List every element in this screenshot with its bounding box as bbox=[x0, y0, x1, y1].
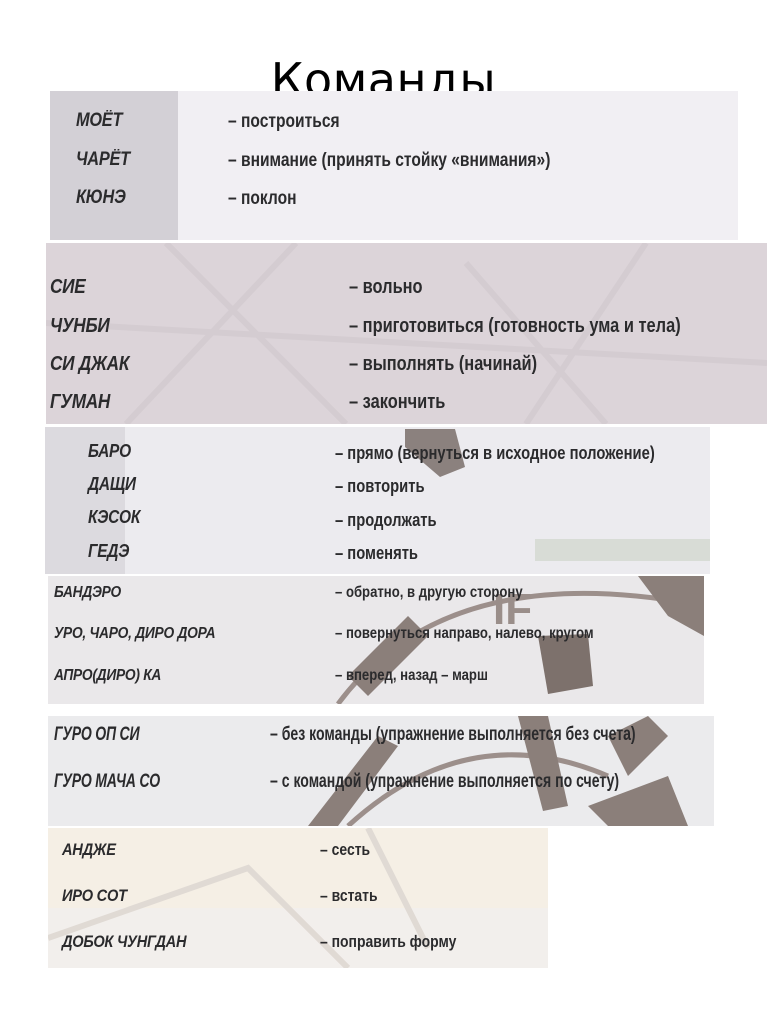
command-definition: – встать bbox=[320, 886, 378, 906]
command-term: КЭСОК bbox=[88, 507, 140, 528]
command-term: ДОБОК ЧУНГДАН bbox=[62, 932, 186, 952]
commands-panel-misc: АНДЖЕ – сесть ИРО СОТ – встать ДОБОК ЧУН… bbox=[48, 828, 548, 968]
command-definition: – обратно, в другую сторону bbox=[335, 584, 523, 602]
commands-panel-start: СИЕ – вольно ЧУНБИ – приготовиться (гото… bbox=[46, 243, 767, 424]
command-definition: – прямо (вернуться в исходное положение) bbox=[335, 443, 655, 464]
command-definition: – приготовиться (готовность ума и тела) bbox=[349, 315, 681, 338]
command-term: ГУРО ОП СИ bbox=[54, 724, 139, 746]
command-definition: – поклон bbox=[228, 188, 297, 210]
command-definition: – с командой (упражнение выполняется по … bbox=[270, 771, 619, 793]
command-term: ГУМАН bbox=[50, 391, 110, 414]
command-definition: – построиться bbox=[228, 111, 340, 133]
command-term: ЧУНБИ bbox=[50, 315, 110, 338]
command-term: ЧАРЁТ bbox=[76, 149, 130, 171]
command-term: СИЕ bbox=[50, 276, 86, 299]
commands-panel-repeat: БАРО – прямо (вернуться в исходное полож… bbox=[45, 427, 710, 574]
command-definition: – вперед, назад – марш bbox=[335, 667, 488, 685]
command-definition: – закончить bbox=[349, 391, 445, 414]
command-definition: – повторить bbox=[335, 476, 425, 497]
command-term: БАРО bbox=[88, 441, 131, 462]
command-definition: – продолжать bbox=[335, 510, 437, 531]
commands-panel-formation: МОЁТ – построиться ЧАРЁТ – внимание (при… bbox=[50, 91, 738, 240]
command-term: МОЁТ bbox=[76, 110, 122, 132]
commands-panel-turns: IF БАНДЭРО – обратно, в другую сторону У… bbox=[48, 576, 704, 704]
command-definition: – сесть bbox=[320, 840, 370, 860]
command-definition: – выполнять (начинай) bbox=[349, 353, 537, 376]
command-term: ГУРО МАЧА СО bbox=[54, 771, 160, 793]
command-definition: – повернуться направо, налево, кругом bbox=[335, 625, 594, 643]
command-term: ИРО СОТ bbox=[62, 886, 127, 906]
command-term: УРО, ЧАРО, ДИРО ДОРА bbox=[54, 625, 215, 643]
command-term: ГЕДЭ bbox=[88, 541, 129, 562]
command-definition: – поправить форму bbox=[320, 932, 456, 952]
command-term: АНДЖЕ bbox=[62, 840, 116, 860]
command-term: ДАЩИ bbox=[88, 474, 136, 495]
command-term: КЮНЭ bbox=[76, 187, 126, 209]
commands-panel-count: ГУРО ОП СИ – без команды (упражнение вып… bbox=[48, 716, 714, 826]
command-term: АПРО(ДИРО) КА bbox=[54, 667, 161, 685]
command-definition: – вольно bbox=[349, 276, 423, 299]
command-definition: – поменять bbox=[335, 543, 418, 564]
command-term: СИ ДЖАК bbox=[50, 353, 129, 376]
command-term: БАНДЭРО bbox=[54, 584, 121, 602]
command-definition: – без команды (упражнение выполняется бе… bbox=[270, 724, 636, 746]
command-definition: – внимание (принять стойку «внимания») bbox=[228, 150, 550, 172]
